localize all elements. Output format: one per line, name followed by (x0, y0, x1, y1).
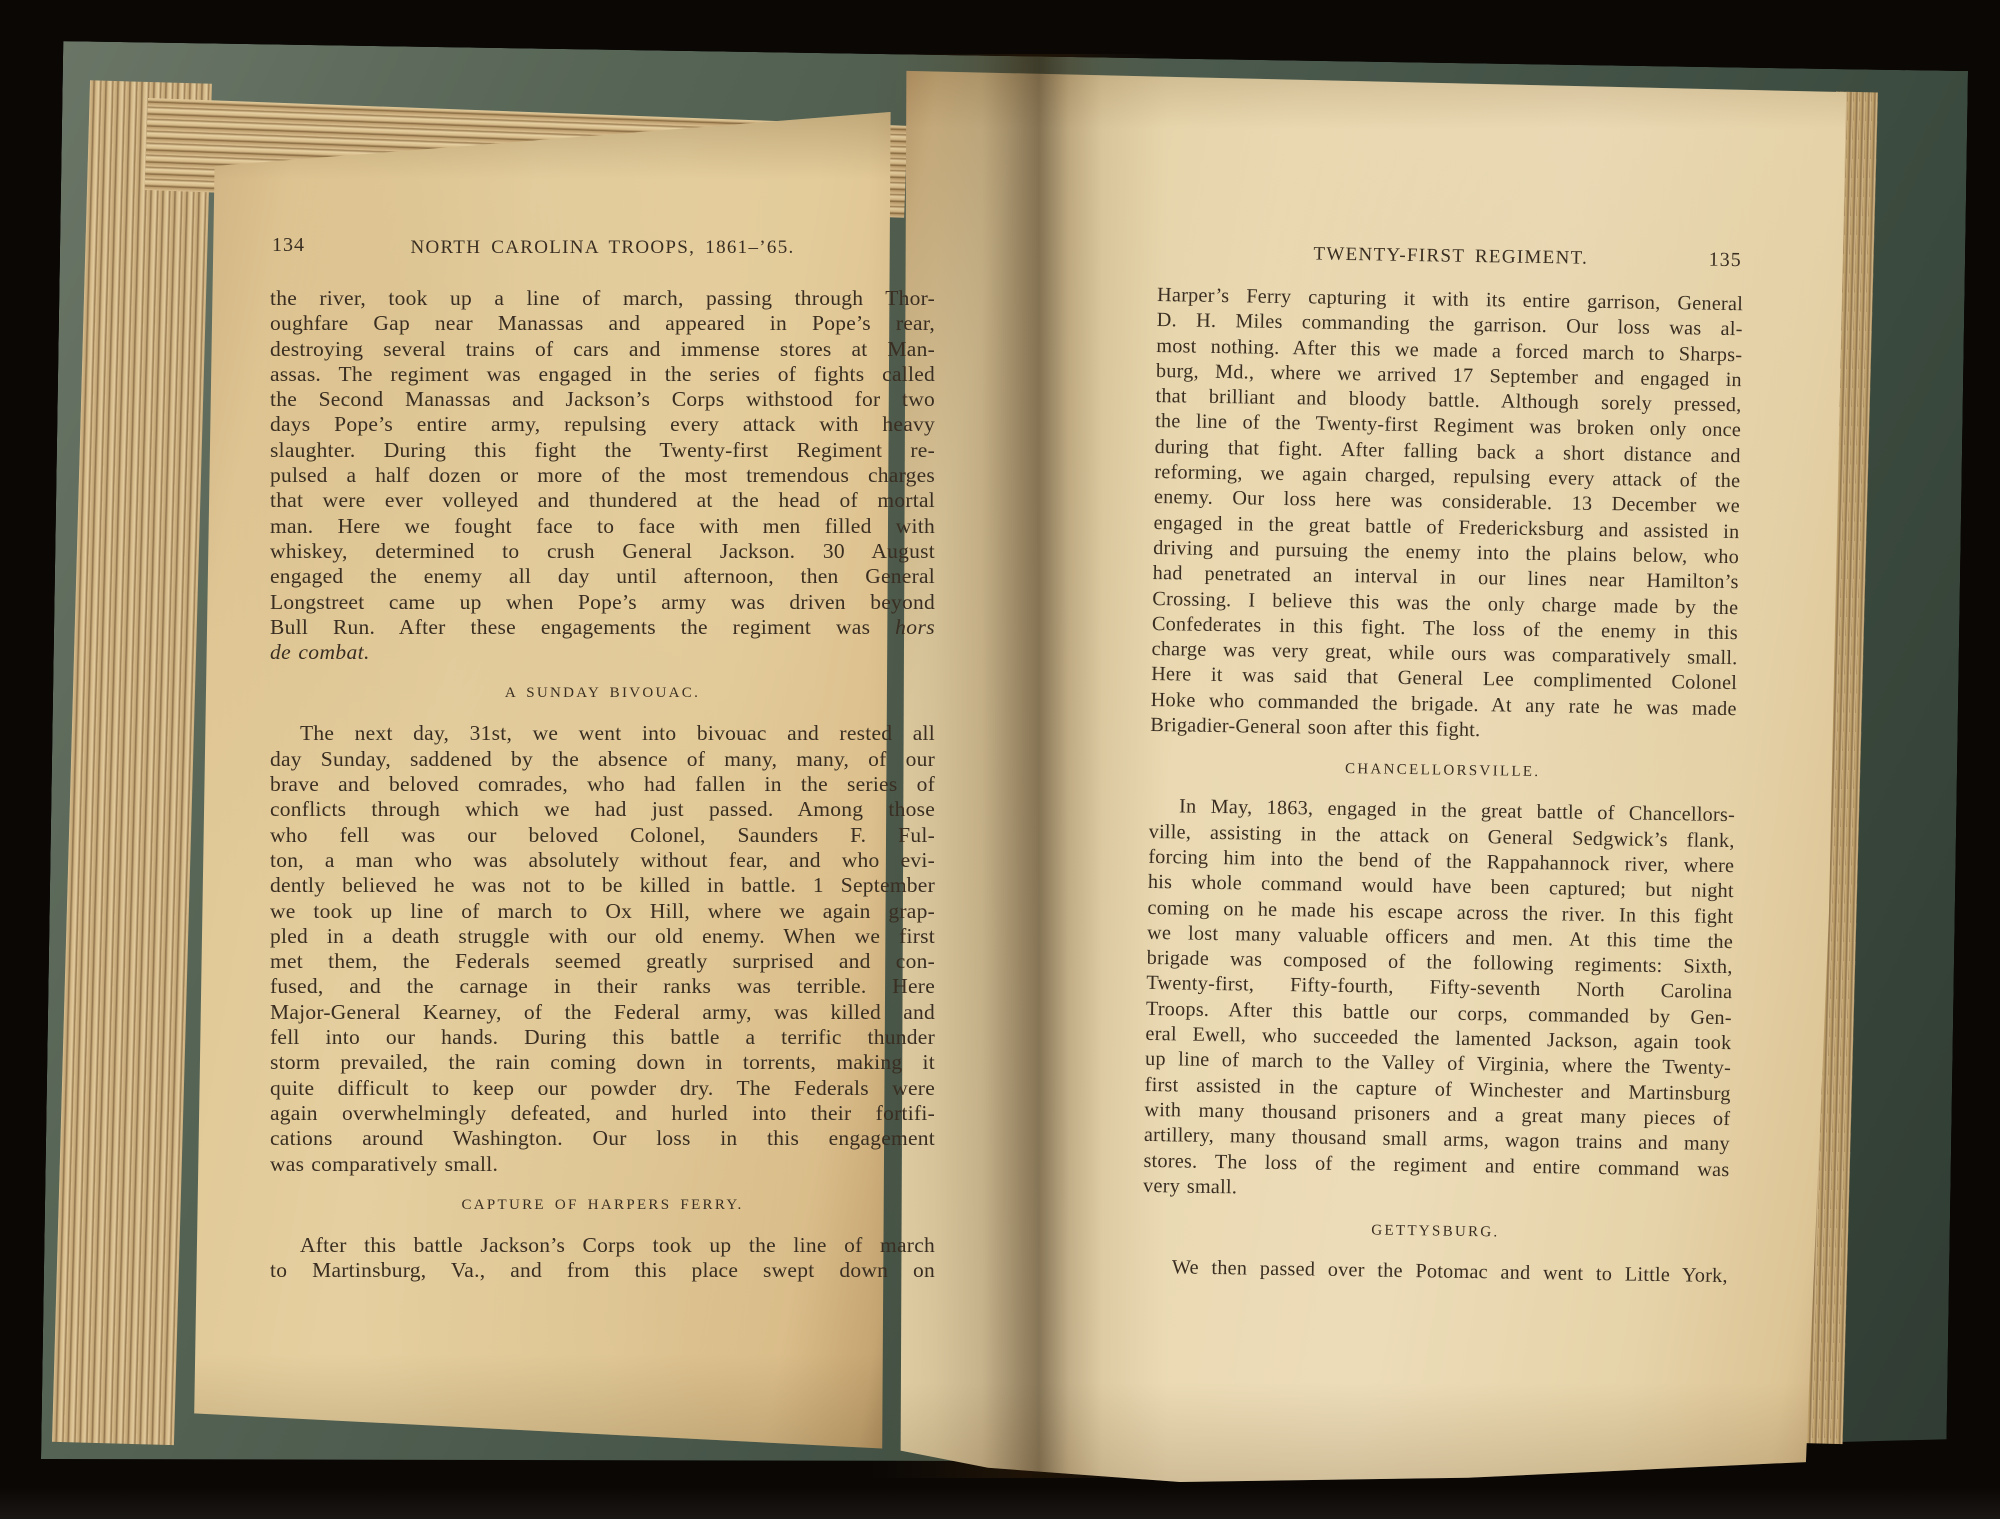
text-line: engaged the enemy all day until afternoo… (270, 564, 935, 589)
paragraph: Harper’s Ferry capturing it with its ent… (1150, 283, 1743, 747)
text-line: oughfare Gap near Manassas and appeared … (270, 311, 935, 336)
text-line: slaughter. During this fight the Twenty-… (270, 438, 935, 463)
page-body: the river, took up a line of march, pass… (270, 286, 935, 1283)
text-line: After this battle Jackson’s Corps took u… (270, 1233, 935, 1258)
text-line: quite difficult to keep our powder dry. … (270, 1076, 935, 1101)
right-page-text: TWENTY-FIRST REGIMENT. 135 Harper’s Ferr… (1142, 240, 1744, 1289)
text-line: met them, the Federals seemed greatly su… (270, 949, 935, 974)
section-heading: CAPTURE OF HARPERS FERRY. (270, 1195, 935, 1215)
text-line: the Second Manassas and Jackson’s Corps … (270, 387, 935, 412)
text-line: Longstreet came up when Pope’s army was … (270, 590, 935, 615)
book-photo: 134 NORTH CAROLINA TROOPS, 1861–’65. the… (0, 0, 2000, 1519)
page-number: 135 (1709, 249, 1742, 273)
running-head: TWENTY-FIRST REGIMENT. (1313, 243, 1588, 269)
text-line: pled in a death struggle with our old en… (270, 924, 935, 949)
text-line: conflicts through which we had just pass… (270, 797, 935, 822)
text-line: cations around Washington. Our loss in t… (270, 1126, 935, 1151)
text-line: destroying several trains of cars and im… (270, 337, 935, 362)
text-line: that were ever volleyed and thundered at… (270, 488, 935, 513)
page-body: Harper’s Ferry capturing it with its ent… (1142, 283, 1744, 1289)
table-surface (0, 1487, 2000, 1519)
left-page-text: 134 NORTH CAROLINA TROOPS, 1861–’65. the… (270, 234, 935, 1283)
text-line: was comparatively small. (270, 1152, 935, 1177)
text-line: the river, took up a line of march, pass… (270, 286, 935, 311)
text-line: Major-General Kearney, of the Federal ar… (270, 1000, 935, 1025)
paragraph: the river, took up a line of march, pass… (270, 286, 935, 665)
text-line: dently believed he was not to be killed … (270, 873, 935, 898)
text-line: who fell was our beloved Colonel, Saunde… (270, 823, 935, 848)
text-line: fused, and the carnage in their ranks wa… (270, 974, 935, 999)
running-head: NORTH CAROLINA TROOPS, 1861–’65. (410, 237, 794, 259)
text-line: storm prevailed, the rain coming down in… (270, 1050, 935, 1075)
page-number: 134 (272, 234, 305, 257)
text-line: fell into our hands. During this battle … (270, 1025, 935, 1050)
text-line: pulsed a half dozen or more of the most … (270, 463, 935, 488)
text-line: whiskey, determined to crush General Jac… (270, 539, 935, 564)
text-line: The next day, 31st, we went into bivouac… (270, 721, 935, 746)
text-line: man. Here we fought face to face with me… (270, 514, 935, 539)
text-line: ton, a man who was absolutely without fe… (270, 848, 935, 873)
text-line: days Pope’s entire army, repulsing every… (270, 412, 935, 437)
section-heading: CHANCELLORSVILLE. (1150, 756, 1736, 785)
running-head-row: 134 NORTH CAROLINA TROOPS, 1861–’65. (270, 234, 935, 260)
text-line: to Martinsburg, Va., and from this place… (270, 1258, 935, 1283)
paragraph: After this battle Jackson’s Corps took u… (270, 1233, 935, 1284)
text-line: day Sunday, saddened by the absence of m… (270, 747, 935, 772)
paragraph: In May, 1863, engaged in the great battl… (1143, 794, 1735, 1208)
text-line: de combat. (270, 640, 935, 665)
text-line: we took up line of march to Ox Hill, whe… (270, 899, 935, 924)
section-heading: GETTYSBURG. (1142, 1217, 1728, 1246)
paragraph: The next day, 31st, we went into bivouac… (270, 721, 935, 1176)
section-heading: A SUNDAY BIVOUAC. (270, 683, 935, 703)
text-line: again overwhelmingly defeated, and hurle… (270, 1101, 935, 1126)
text-line: assas. The regiment was engaged in the s… (270, 362, 935, 387)
text-line: Bull Run. After these engagements the re… (270, 615, 935, 640)
text-line: brave and beloved comrades, who had fall… (270, 772, 935, 797)
